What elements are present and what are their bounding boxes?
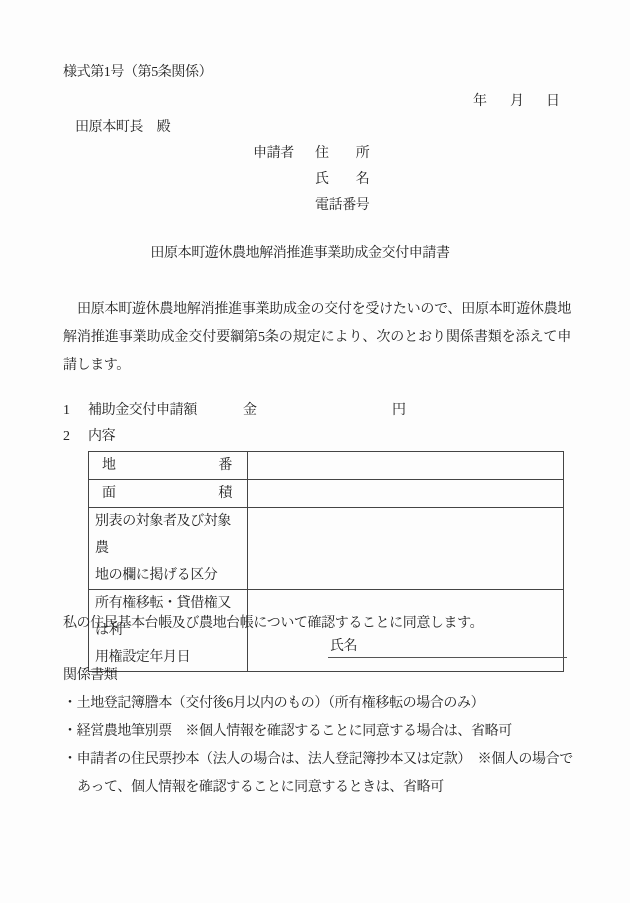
attachments-list: ・土地登記簿謄本（交付後6月以内のもの）（所有権移転の場合のみ）・経営農地筆別票…	[63, 690, 575, 802]
item-label: 補助金交付申請額	[88, 397, 197, 425]
attachment-item: ・経営農地筆別票 ※個人情報を確認することに同意する場合は、省略可	[63, 718, 575, 746]
item-number: 1	[63, 397, 70, 425]
applicant-name-label: 氏 名	[315, 169, 369, 191]
item-content: 2 内容	[0, 423, 630, 451]
signature-name-label: 氏名	[328, 639, 357, 654]
consent-note: 私の住民基本台帳及び農地台帳について確認することに同意します。	[63, 610, 483, 638]
row-value-blank	[248, 508, 564, 590]
row-label: 面積	[89, 480, 248, 508]
item-label: 内容	[88, 423, 115, 451]
row-label: 別表の対象者及び対象農地の欄に掲げる区分	[89, 508, 248, 590]
applicant-phone-label: 電話番号	[315, 195, 369, 217]
applicant-role-label: 申請者	[253, 143, 294, 165]
item-application-amount: 1 補助金交付申請額 金 円	[0, 397, 630, 425]
amount-prefix-label: 金	[243, 397, 257, 425]
form-number: 様式第1号（第5条関係）	[63, 62, 212, 84]
application-form-page: 様式第1号（第5条関係） 年 月 日 田原本町長 殿 申請者 住 所 氏 名 電…	[0, 0, 630, 903]
table-row: 面積	[89, 480, 564, 508]
row-value-blank	[248, 452, 564, 480]
table-row: 別表の対象者及び対象農地の欄に掲げる区分	[89, 508, 564, 590]
attachment-item: ・土地登記簿謄本（交付後6月以内のもの）（所有権移転の場合のみ）	[63, 690, 575, 718]
item-number: 2	[63, 423, 70, 451]
amount-suffix-label: 円	[392, 397, 406, 425]
row-value-blank	[248, 480, 564, 508]
date-day-label: 日	[546, 91, 560, 113]
body-paragraph: 田原本町遊休農地解消推進事業助成金の交付を受けたいので、田原本町遊休農地解消推進…	[63, 296, 571, 380]
attachments-heading: 関係書類	[63, 662, 117, 690]
date-month-label: 月	[510, 91, 524, 113]
document-title: 田原本町遊休農地解消推進事業助成金交付申請書	[0, 243, 600, 265]
row-label: 地番	[89, 452, 248, 480]
addressee: 田原本町長 殿	[75, 117, 170, 139]
date-year-label: 年	[473, 91, 487, 113]
attachment-item: ・申請者の住民票抄本（法人の場合は、法人登記簿抄本又は定款） ※個人の場合であっ…	[63, 746, 575, 802]
table-row: 地番	[89, 452, 564, 480]
applicant-address-label: 住 所	[315, 143, 369, 165]
signature-line: 氏名	[328, 637, 567, 658]
